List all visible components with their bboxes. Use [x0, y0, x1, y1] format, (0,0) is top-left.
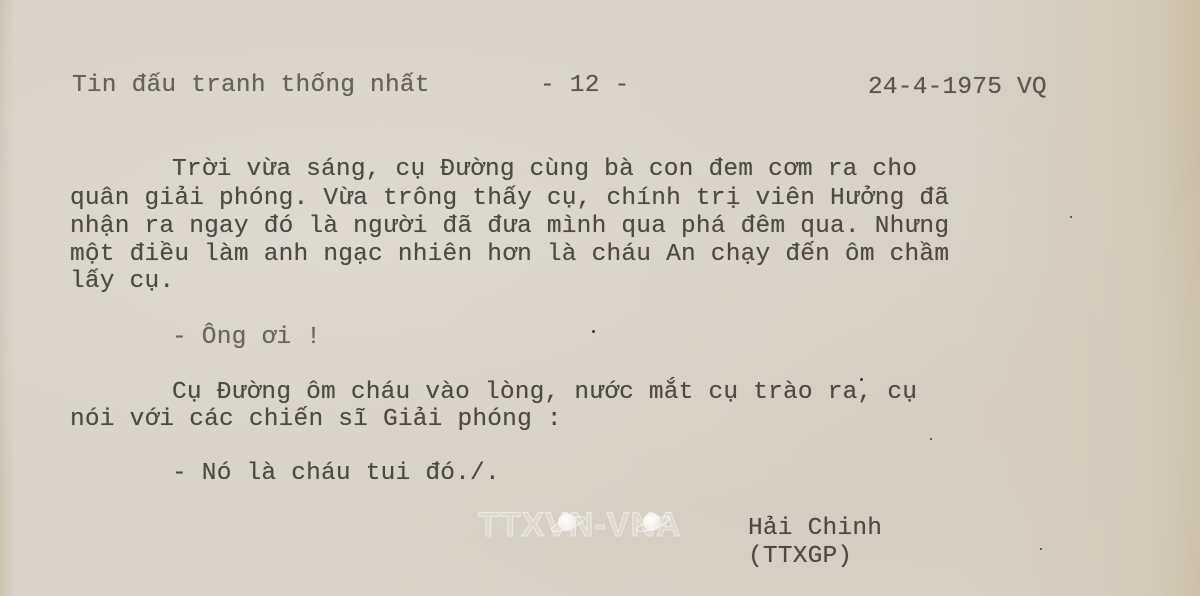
ink-speck [930, 438, 932, 440]
text-line: Trời vừa sáng, cụ Đường cùng bà con đem … [172, 158, 917, 183]
globe-logo-icon [643, 513, 661, 531]
text-line: lấy cụ. [70, 270, 174, 295]
author-name: Hải Chinh [748, 517, 882, 542]
text-line: một điều làm anh ngạc nhiên hơn là cháu … [70, 243, 949, 268]
page-number: - 12 - [540, 74, 629, 99]
author-agency: (TTXGP) [748, 545, 852, 570]
text-line: quân giải phóng. Vừa trông thấy cụ, chín… [70, 187, 949, 212]
globe-logo-icon [558, 513, 576, 531]
text-line: Cụ Đường ôm cháu vào lòng, nước mắt cụ t… [172, 381, 917, 406]
text-line: nhận ra ngay đó là người đã đưa mình qua… [70, 215, 949, 240]
text-line: nói với các chiến sĩ Giải phóng : [70, 408, 562, 433]
ink-speck [860, 378, 863, 381]
document-date: 24-4-1975 VQ [868, 76, 1047, 101]
ink-speck [592, 330, 595, 333]
dialogue-line-2: - Nó là cháu tui đó./. [172, 462, 500, 487]
header-title: Tin đấu tranh thống nhất [72, 74, 430, 99]
ink-speck [1040, 548, 1042, 550]
ink-speck [1070, 216, 1072, 218]
typewritten-document: Tin đấu tranh thống nhất - 12 - 24-4-197… [0, 0, 1200, 596]
dialogue-line-1: - Ông ơi ! [172, 326, 321, 351]
